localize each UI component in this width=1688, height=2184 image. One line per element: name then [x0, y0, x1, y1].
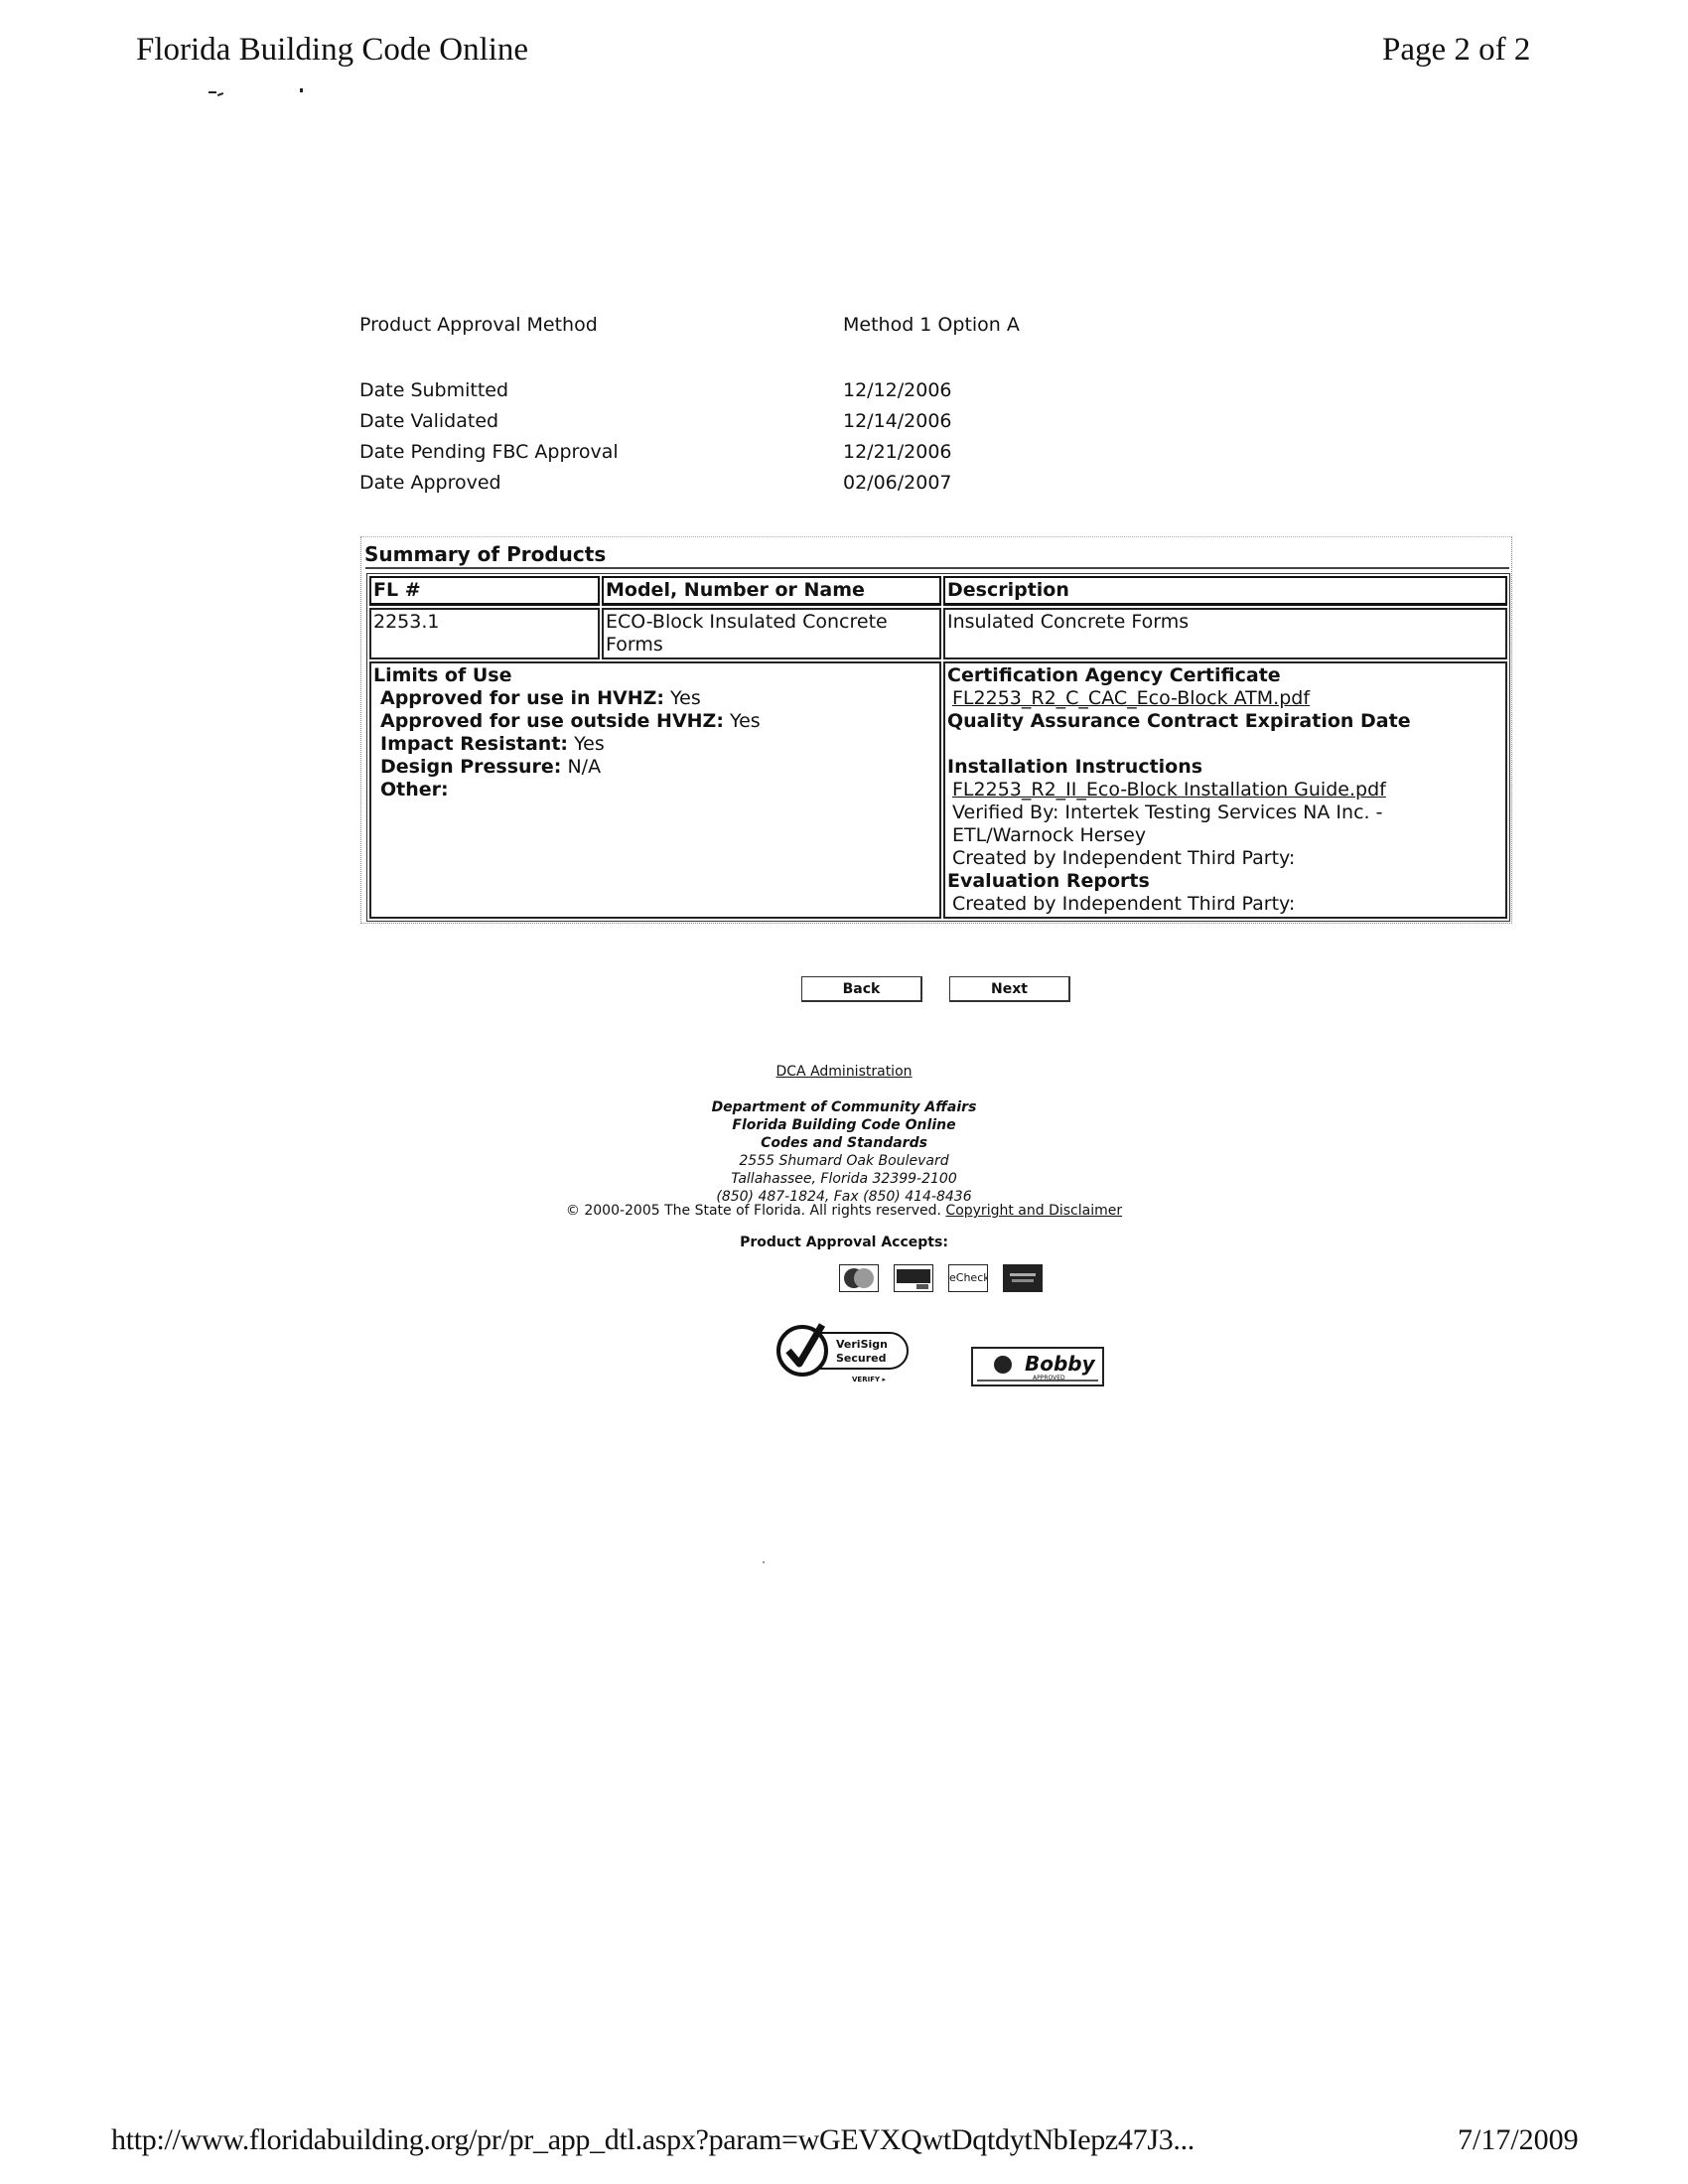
column-header-fl-number: FL # [369, 576, 600, 606]
address-block: Department of Community Affairs Florida … [0, 1098, 1688, 1206]
products-table: FL # Model, Number or Name Description 2… [366, 573, 1510, 922]
echeck-icon: eCheck [948, 1264, 988, 1292]
limit-value: Yes [730, 710, 761, 732]
print-footer-date: 7/17/2009 [1458, 2123, 1579, 2157]
date-value: 02/06/2007 [843, 472, 952, 494]
bobby-approved-badge[interactable]: Bobby APPROVED [971, 1347, 1104, 1386]
page-indicator: Page 2 of 2 [1382, 32, 1530, 69]
verisign-text: VeriSign [836, 1338, 888, 1351]
qa-heading: Quality Assurance Contract Expiration Da… [947, 710, 1503, 733]
scan-speck [763, 1561, 765, 1563]
divider [365, 567, 1509, 569]
date-label: Date Submitted [359, 379, 508, 401]
eval-third-party: Created by Independent Third Party: [947, 893, 1503, 916]
limit-label: Other: [380, 779, 449, 801]
verified-by: Verified By: Intertek Testing Services N… [947, 801, 1503, 847]
summary-of-products: Summary of Products FL # Model, Number o… [360, 536, 1512, 924]
copyright-disclaimer-link[interactable]: Copyright and Disclaimer [945, 1203, 1122, 1219]
org-line: Codes and Standards [0, 1134, 1688, 1152]
limit-label: Approved for use outside HVHZ: [380, 710, 724, 732]
table-row-details: Limits of Use Approved for use in HVHZ: … [369, 661, 1507, 919]
column-header-model: Model, Number or Name [602, 576, 941, 606]
address-line: 2555 Shumard Oak Boulevard [0, 1152, 1688, 1170]
description-cell: Insulated Concrete Forms [943, 608, 1507, 659]
limit-label: Approved for use in HVHZ: [380, 687, 664, 709]
documents-cell: Certification Agency Certificate FL2253_… [943, 661, 1507, 919]
table-row: 2253.1 ECO-Block Insulated Concrete Form… [369, 608, 1507, 659]
svg-text:Secured: Secured [836, 1352, 887, 1365]
dca-administration-link[interactable]: DCA Administration [775, 1064, 912, 1080]
date-label: Date Validated [359, 410, 498, 432]
date-label: Date Pending FBC Approval [359, 441, 619, 463]
scan-speck [300, 88, 303, 92]
accepts-label: Product Approval Accepts: [0, 1235, 1688, 1250]
install-third-party: Created by Independent Third Party: [947, 847, 1503, 870]
eval-heading: Evaluation Reports [947, 870, 1503, 893]
limit-label: Design Pressure: [380, 756, 561, 778]
cert-heading: Certification Agency Certificate [947, 664, 1503, 687]
approval-method-value: Method 1 Option A [843, 314, 1020, 336]
limit-hvhz: Approved for use in HVHZ: Yes [373, 687, 937, 710]
print-header-title: Florida Building Code Online [136, 32, 528, 69]
spacer [947, 733, 1503, 756]
install-file-link[interactable]: FL2253_R2_II_Eco-Block Installation Guid… [952, 779, 1386, 801]
approval-method-label: Product Approval Method [359, 314, 598, 336]
limits-of-use-cell: Limits of Use Approved for use in HVHZ: … [369, 661, 941, 919]
cert-file-link[interactable]: FL2253_R2_C_CAC_Eco-Block ATM.pdf [952, 687, 1310, 709]
org-line: Florida Building Code Online [0, 1116, 1688, 1134]
amex-icon [1003, 1264, 1043, 1292]
table-header-row: FL # Model, Number or Name Description [369, 576, 1507, 606]
print-footer-url: http://www.floridabuilding.org/pr/pr_app… [111, 2123, 1195, 2157]
date-value: 12/21/2006 [843, 441, 952, 463]
next-button[interactable]: Next [949, 976, 1070, 1002]
date-value: 12/12/2006 [843, 379, 952, 401]
limit-impact-resistant: Impact Resistant: Yes [373, 733, 937, 756]
summary-title: Summary of Products [364, 542, 606, 566]
copyright-row: © 2000-2005 The State of Florida. All ri… [0, 1203, 1688, 1219]
copyright-text: © 2000-2005 The State of Florida. All ri… [566, 1203, 941, 1219]
verisign-secured-badge[interactable]: VeriSign Secured VERIFY ▸ [773, 1319, 912, 1384]
limit-value: Yes [574, 733, 605, 755]
limit-outside-hvhz: Approved for use outside HVHZ: Yes [373, 710, 937, 733]
limit-value: Yes [670, 687, 701, 709]
date-label: Date Approved [359, 472, 501, 494]
model-cell: ECO-Block Insulated Concrete Forms [602, 608, 941, 659]
limit-other: Other: [373, 779, 937, 801]
dca-administration-link-row: DCA Administration [0, 1064, 1688, 1080]
address-line: Tallahassee, Florida 32399-2100 [0, 1170, 1688, 1188]
visa-icon [894, 1264, 933, 1292]
fl-number-cell: 2253.1 [369, 608, 600, 659]
scan-speck [209, 91, 216, 93]
column-header-description: Description [943, 576, 1507, 606]
limits-heading: Limits of Use [373, 664, 937, 687]
limit-label: Impact Resistant: [380, 733, 568, 755]
svg-text:VERIFY ▸: VERIFY ▸ [852, 1376, 886, 1383]
install-heading: Installation Instructions [947, 756, 1503, 779]
limit-value: N/A [567, 756, 601, 778]
svg-text:Bobby: Bobby [1025, 1352, 1096, 1376]
back-button[interactable]: Back [801, 976, 922, 1002]
date-value: 12/14/2006 [843, 410, 952, 432]
limit-design-pressure: Design Pressure: N/A [373, 756, 937, 779]
mastercard-icon [839, 1264, 879, 1292]
org-line: Department of Community Affairs [0, 1098, 1688, 1116]
scan-speck [217, 92, 223, 96]
